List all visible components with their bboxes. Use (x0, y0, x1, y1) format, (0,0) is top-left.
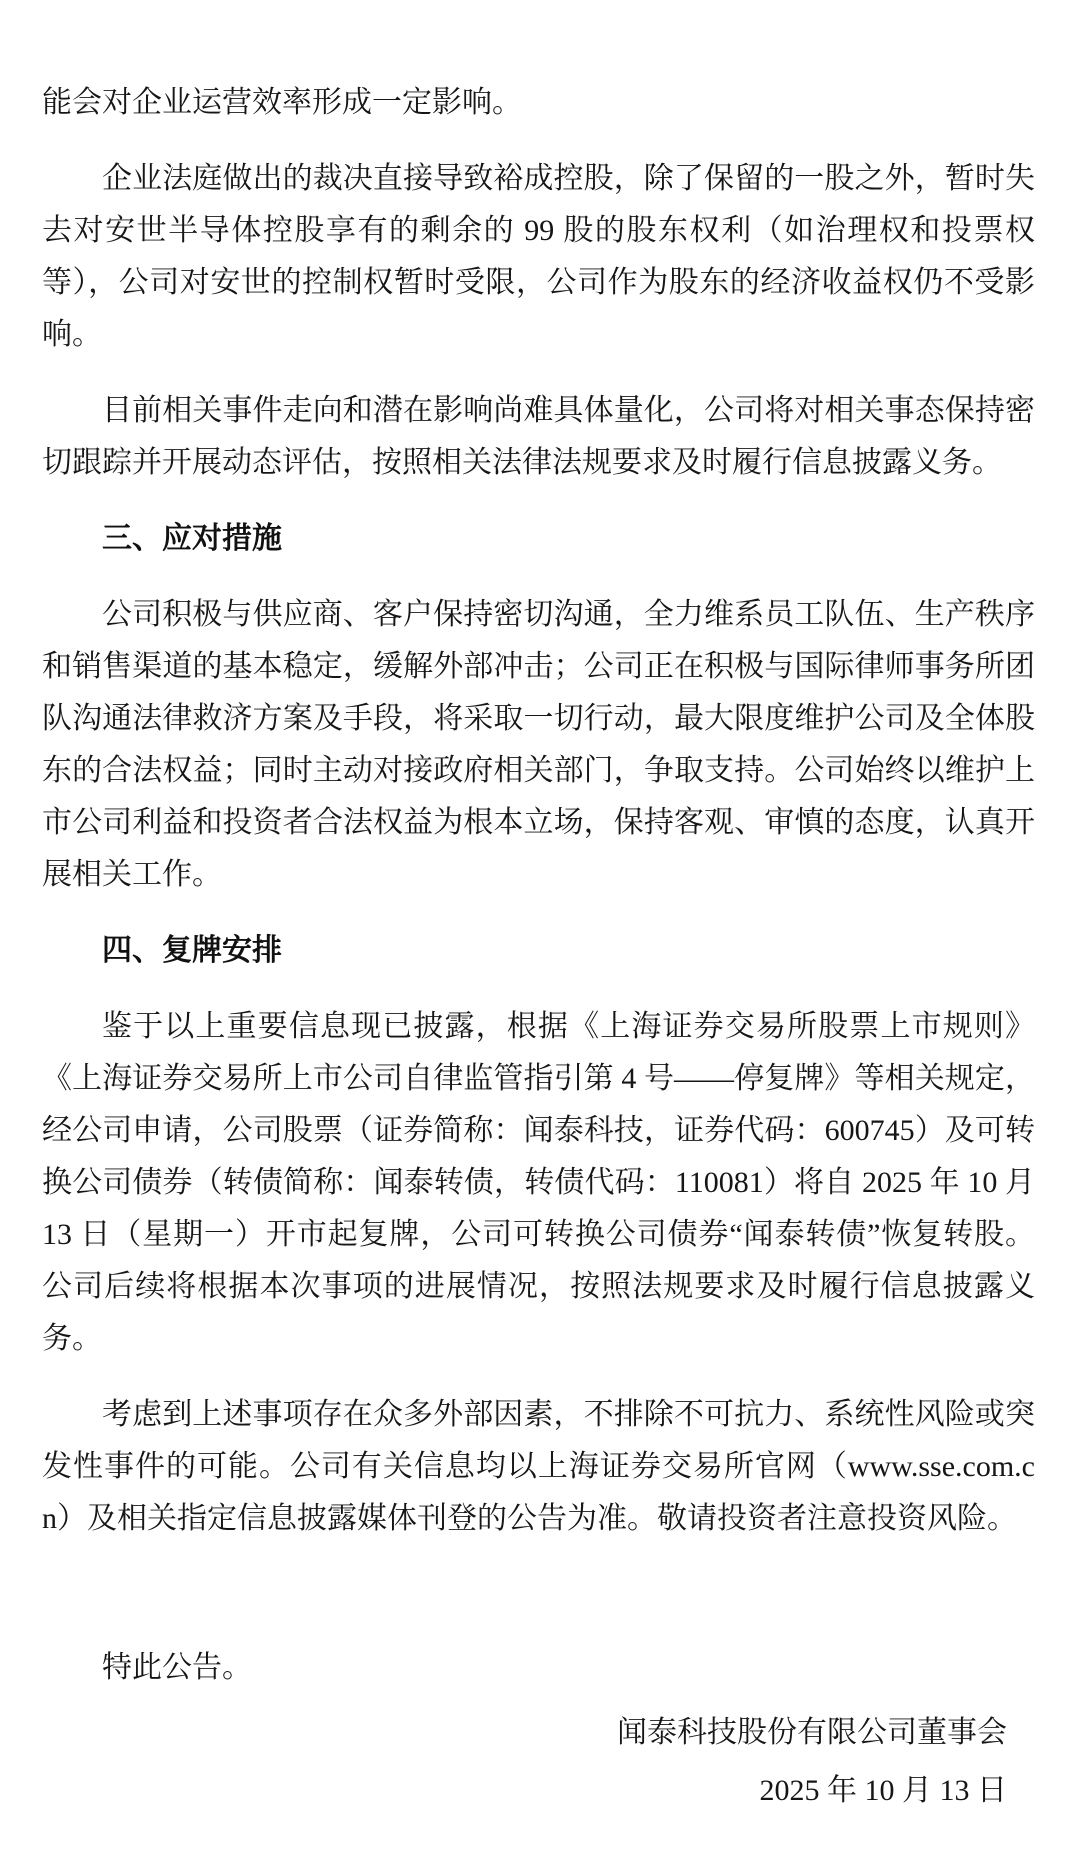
section-heading-resumption-arrangement: 四、复牌安排 (42, 925, 1035, 977)
section-heading-countermeasures: 三、应对措施 (42, 513, 1035, 565)
paragraph-risk-notice: 考虑到上述事项存在众多外部因素，不排除不可抗力、系统性风险或突发性事件的可能。公… (42, 1389, 1035, 1545)
paragraph-court-ruling: 企业法庭做出的裁决直接导致裕成控股，除了保留的一股之外，暂时失去对安世半导体控股… (42, 153, 1035, 361)
paragraph-ongoing-assessment: 目前相关事件走向和潜在影响尚难具体量化，公司将对相关事态保持密切跟踪并开展动态评… (42, 385, 1035, 489)
paragraph-countermeasures: 公司积极与供应商、客户保持密切沟通，全力维系员工队伍、生产秩序和销售渠道的基本稳… (42, 589, 1035, 901)
signature-board-of-directors: 闻泰科技股份有限公司董事会 (42, 1707, 1035, 1759)
closing-line: 特此公告。 (42, 1642, 1035, 1694)
announcement-document-page: 能会对企业运营效率形成一定影响。 企业法庭做出的裁决直接导致裕成控股，除了保留的… (0, 0, 1080, 1855)
paragraph-resumption-details: 鉴于以上重要信息现已披露，根据《上海证券交易所股票上市规则》《上海证券交易所上市… (42, 1001, 1035, 1365)
announcement-date: 2025 年 10 月 13 日 (42, 1765, 1035, 1817)
paragraph-impact-continuation: 能会对企业运营效率形成一定影响。 (42, 77, 1035, 129)
